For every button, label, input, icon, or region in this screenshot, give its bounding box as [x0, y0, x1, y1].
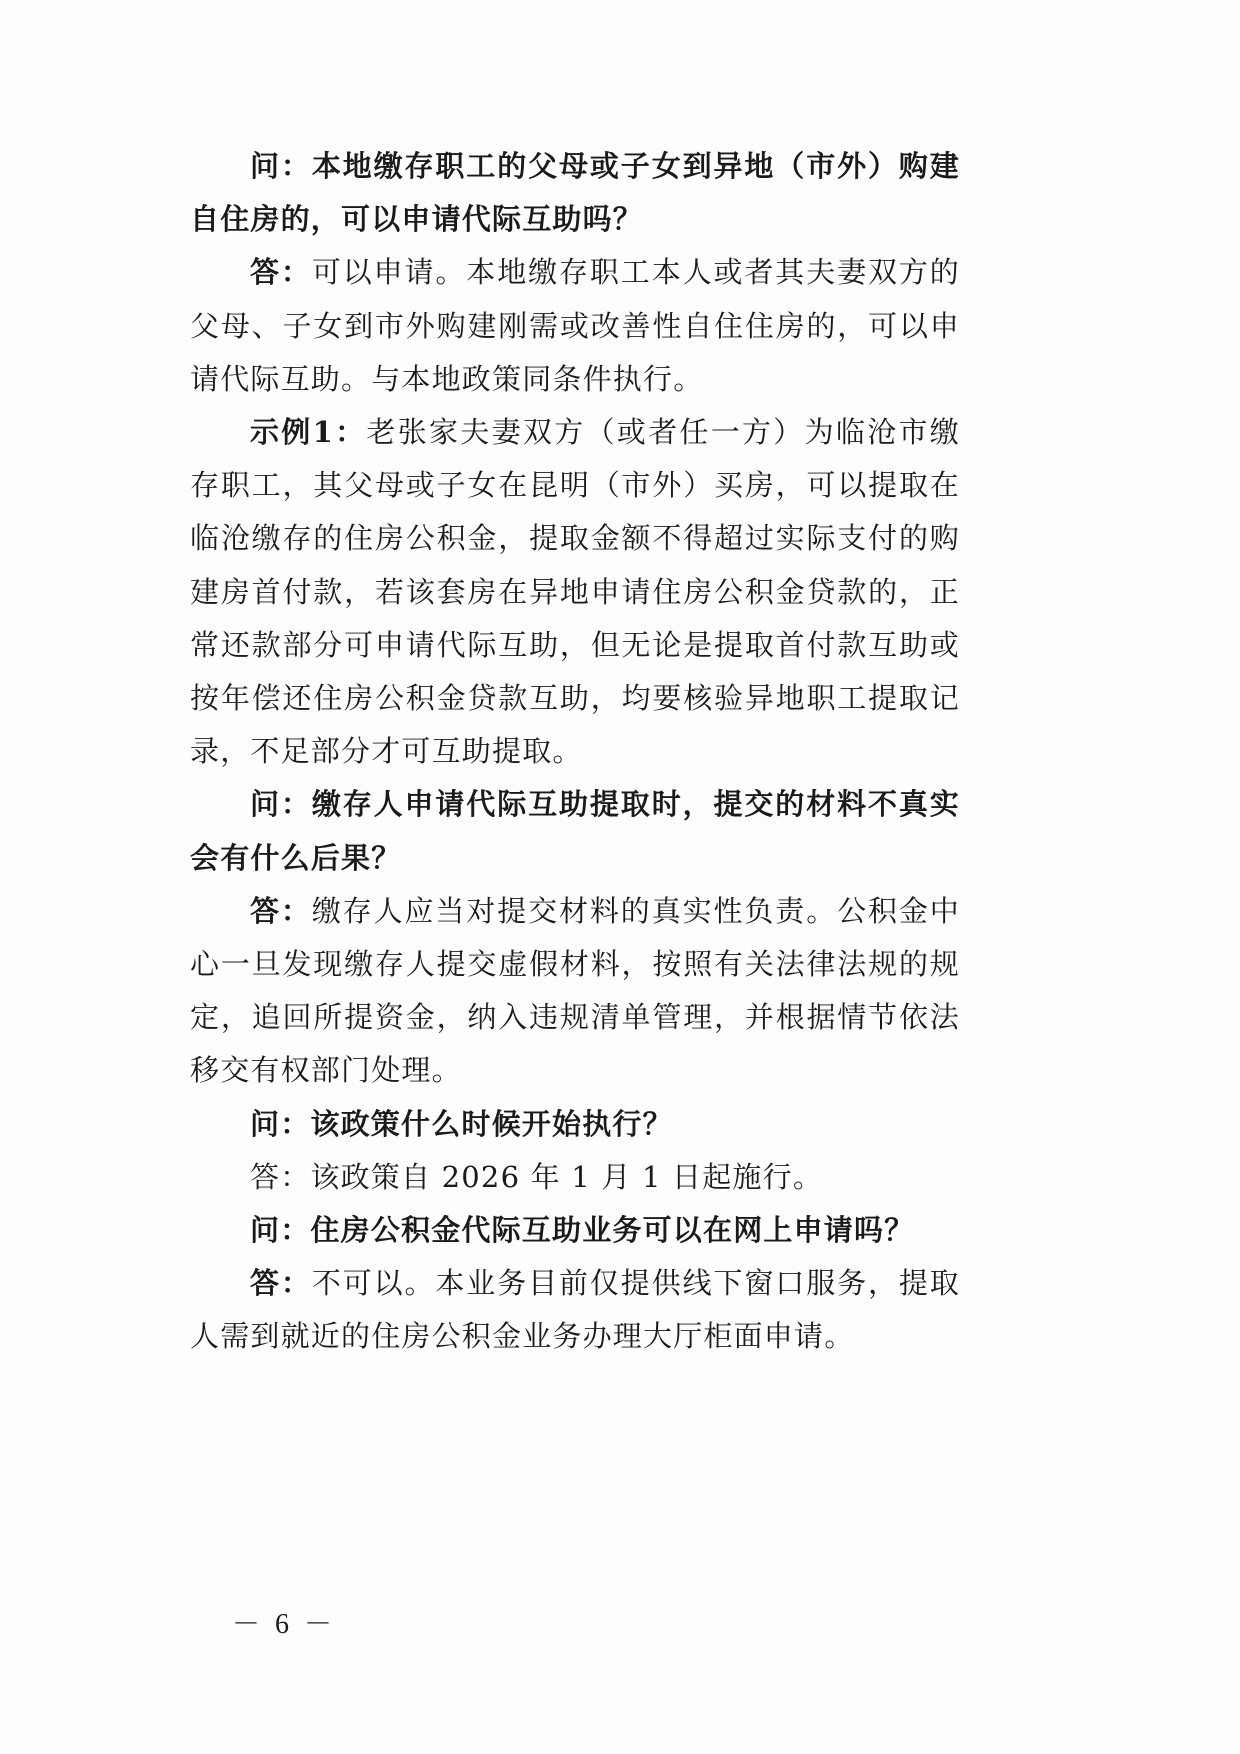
question-label: 问：	[250, 149, 312, 183]
question-text: 住房公积金代际互助业务可以在网上申请吗？	[310, 1213, 914, 1247]
answer-label: 答：	[250, 894, 312, 928]
answer-paragraph: 答：缴存人应当对提交材料的真实性负责。公积金中心一旦发现缴存人提交虚假材料，按照…	[190, 885, 960, 1098]
question-text: 该政策什么时候开始执行？	[310, 1107, 672, 1141]
answer-label: 答：	[250, 1160, 310, 1194]
page-number: － 6 －	[232, 1602, 336, 1642]
answer-label: 答：	[250, 255, 312, 289]
question-paragraph: 问：缴存人申请代际互助提取时，提交的材料不真实会有什么后果？	[190, 778, 960, 884]
question-paragraph: 问：住房公积金代际互助业务可以在网上申请吗？	[190, 1204, 960, 1257]
question-paragraph: 问：本地缴存职工的父母或子女到异地（市外）购建自住房的，可以申请代际互助吗？	[190, 140, 960, 246]
document-page: 问：本地缴存职工的父母或子女到异地（市外）购建自住房的，可以申请代际互助吗？ 答…	[0, 0, 1240, 1754]
question-label: 问：	[250, 1107, 310, 1141]
question-label: 问：	[250, 787, 312, 821]
example-label: 示例1：	[250, 415, 366, 449]
answer-label: 答：	[250, 1266, 312, 1300]
question-paragraph: 问：该政策什么时候开始执行？	[190, 1098, 960, 1151]
answer-paragraph: 答：该政策自 2026 年 1 月 1 日起施行。	[190, 1151, 960, 1204]
answer-text: 该政策自 2026 年 1 月 1 日起施行。	[310, 1160, 823, 1194]
example-paragraph: 示例1：老张家夫妻双方（或者任一方）为临沧市缴存职工，其父母或子女在昆明（市外）…	[190, 406, 960, 778]
example-text: 老张家夫妻双方（或者任一方）为临沧市缴存职工，其父母或子女在昆明（市外）买房，可…	[190, 415, 960, 768]
answer-paragraph: 答：不可以。本业务目前仅提供线下窗口服务，提取人需到就近的住房公积金业务办理大厅…	[190, 1257, 960, 1363]
answer-paragraph: 答：可以申请。本地缴存职工本人或者其夫妻双方的父母、子女到市外购建刚需或改善性自…	[190, 246, 960, 406]
document-body: 问：本地缴存职工的父母或子女到异地（市外）购建自住房的，可以申请代际互助吗？ 答…	[190, 140, 960, 1364]
question-label: 问：	[250, 1213, 310, 1247]
